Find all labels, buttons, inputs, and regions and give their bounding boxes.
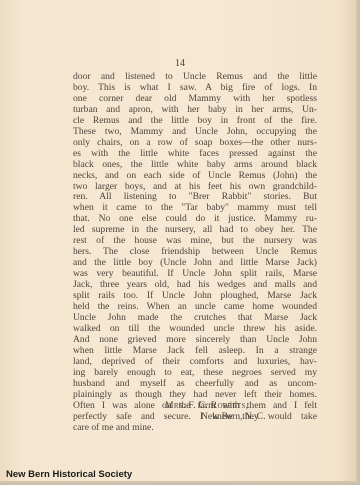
document-page: 14 door and listened to Uncle Remus and … [0, 0, 358, 483]
signature-place: New Bern, N. C. [201, 411, 265, 422]
signature-name: Mrs. F. C. Roberts, [165, 400, 248, 411]
text-line: perfectly safe and secure. I knew they w… [73, 412, 317, 423]
body-text: door and listened to Uncle Remus and the… [73, 72, 317, 433]
text-line: black ones, the little white baby arms a… [73, 160, 317, 171]
text-line: husband and myself as cheerfully and as … [73, 379, 317, 390]
text-line: necks, and on each side of Uncle Remus (… [73, 171, 317, 182]
page-number: 14 [0, 58, 360, 69]
text-line: es with the little white faces pressed a… [73, 149, 317, 160]
text-line: plainingly as though they had never left… [73, 390, 317, 401]
text-line: care of me and mine. [73, 423, 317, 434]
watermark-footer: New Bern Historical Society [6, 469, 132, 480]
